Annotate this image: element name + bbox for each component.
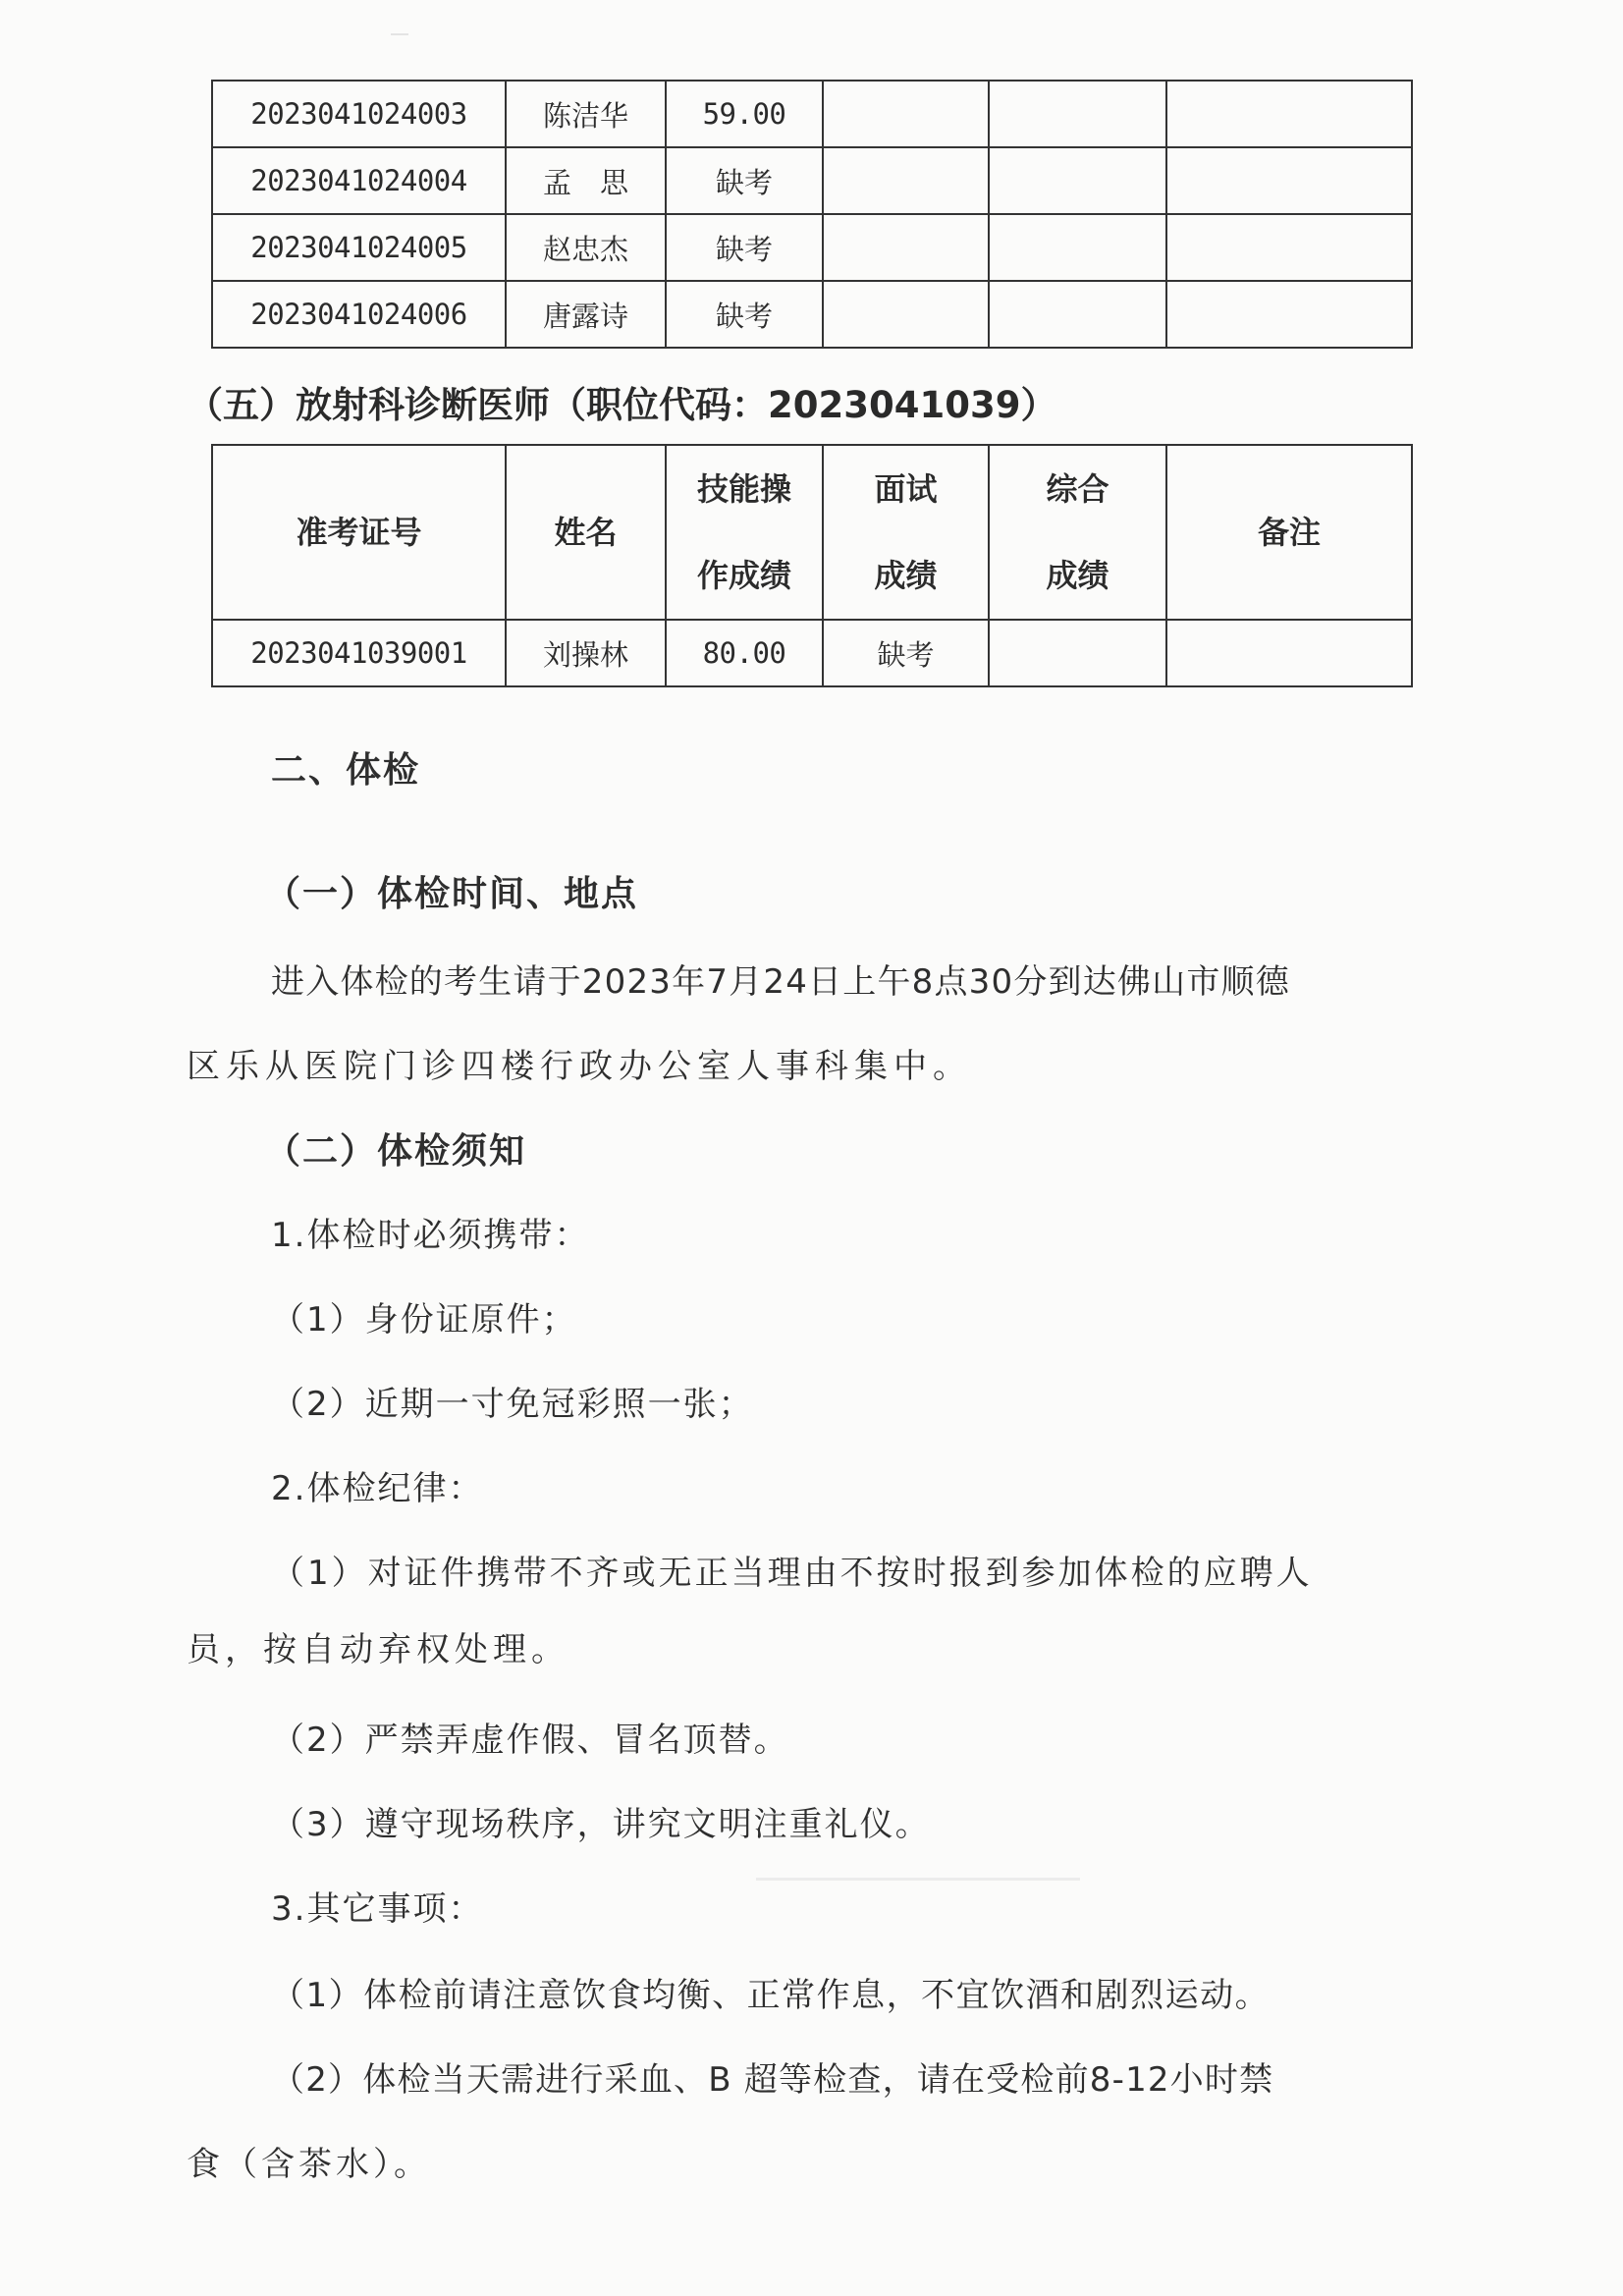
paragraph-line: 进入体检的考生请于2023年7月24日上午8点30分到达佛山市顺德: [271, 955, 1290, 1003]
skill-score-cell: 59.00: [666, 81, 823, 147]
col-header-skill-score: 技能操 作成绩: [666, 445, 823, 620]
table-row: 2023041024003 陈洁华 59.00: [212, 81, 1412, 147]
results-table-radiology: 准考证号 姓名 技能操 作成绩 面试 成绩 综合 成绩 备注 2023041: [211, 444, 1413, 687]
col-header-note: 备注: [1166, 445, 1412, 620]
list-item: 员，按自动弃权处理。: [187, 1622, 569, 1670]
section-title-radiology: （五）放射科诊断医师（职位代码：2023041039）: [187, 375, 1056, 428]
interview-score-cell: [823, 281, 989, 348]
scan-mark: [756, 1878, 1080, 1881]
list-item: 3.其它事项：: [271, 1882, 483, 1930]
skill-score-cell: 缺考: [666, 147, 823, 214]
exam-id-cell: 2023041024006: [212, 281, 506, 348]
total-score-cell: [989, 620, 1166, 686]
skill-score-cell: 80.00: [666, 620, 823, 686]
scan-mark: [391, 33, 408, 35]
results-table-continued: 2023041024003 陈洁华 59.00 2023041024004 孟 …: [211, 80, 1413, 349]
list-item: （3）遵守现场秩序，讲究文明注重礼仪。: [271, 1797, 931, 1845]
col-header-interview-score: 面试 成绩: [823, 445, 989, 620]
header-line: 作成绩: [667, 532, 822, 619]
list-item: 2.体检纪律：: [271, 1461, 483, 1509]
table-row: 2023041039001 刘操林 80.00 缺考: [212, 620, 1412, 686]
col-header-total-score: 综合 成绩: [989, 445, 1166, 620]
note-cell: [1166, 281, 1412, 348]
interview-score-cell: [823, 147, 989, 214]
total-score-cell: [989, 81, 1166, 147]
header-line: 技能操: [667, 446, 822, 532]
note-cell: [1166, 147, 1412, 214]
name-cell: 刘操林: [506, 620, 666, 686]
name-cell: 赵忠杰: [506, 214, 666, 281]
header-line: 成绩: [990, 532, 1165, 619]
exam-id-cell: 2023041024005: [212, 214, 506, 281]
col-header-name: 姓名: [506, 445, 666, 620]
total-score-cell: [989, 214, 1166, 281]
name-cell: 陈洁华: [506, 81, 666, 147]
subheading-exam-notice: （二）体检须知: [265, 1123, 526, 1174]
interview-score-cell: [823, 214, 989, 281]
header-line: 面试: [824, 446, 988, 532]
table-row: 2023041024006 唐露诗 缺考: [212, 281, 1412, 348]
note-cell: [1166, 214, 1412, 281]
exam-id-cell: 2023041024003: [212, 81, 506, 147]
list-item: （1）对证件携带不齐或无正当理由不按时报到参加体检的应聘人: [271, 1546, 1313, 1594]
table-row: 2023041024005 赵忠杰 缺考: [212, 214, 1412, 281]
col-header-exam-id: 准考证号: [212, 445, 506, 620]
exam-id-cell: 2023041024004: [212, 147, 506, 214]
subheading-time-place: （一）体检时间、地点: [265, 866, 638, 916]
header-line: 综合: [990, 446, 1165, 532]
total-score-cell: [989, 281, 1166, 348]
list-item: 食（含茶水）。: [187, 2137, 431, 2185]
interview-score-cell: 缺考: [823, 620, 989, 686]
total-score-cell: [989, 147, 1166, 214]
document-page: 2023041024003 陈洁华 59.00 2023041024004 孟 …: [0, 0, 1623, 2296]
table-row: 2023041024004 孟 思 缺考: [212, 147, 1412, 214]
table-header-row: 准考证号 姓名 技能操 作成绩 面试 成绩 综合 成绩 备注: [212, 445, 1412, 620]
list-item: （2）严禁弄虚作假、冒名顶替。: [271, 1713, 789, 1761]
skill-score-cell: 缺考: [666, 281, 823, 348]
list-item: （2）体检当天需进行采血、B 超等检查，请在受检前8-12小时禁: [271, 2052, 1273, 2101]
note-cell: [1166, 81, 1412, 147]
list-item: 1.体检时必须携带：: [271, 1208, 589, 1256]
exam-id-cell: 2023041039001: [212, 620, 506, 686]
list-item: （1）体检前请注意饮食均衡、正常作息，不宜饮酒和剧烈运动。: [271, 1968, 1270, 2016]
name-cell: 唐露诗: [506, 281, 666, 348]
heading-physical-exam: 二、体检: [271, 742, 420, 793]
list-item: （2）近期一寸免冠彩照一张；: [271, 1377, 754, 1425]
paragraph-line: 区乐从医院门诊四楼行政办公室人事科集中。: [187, 1039, 972, 1087]
note-cell: [1166, 620, 1412, 686]
name-cell: 孟 思: [506, 147, 666, 214]
interview-score-cell: [823, 81, 989, 147]
skill-score-cell: 缺考: [666, 214, 823, 281]
header-line: 成绩: [824, 532, 988, 619]
list-item: （1）身份证原件；: [271, 1292, 577, 1340]
